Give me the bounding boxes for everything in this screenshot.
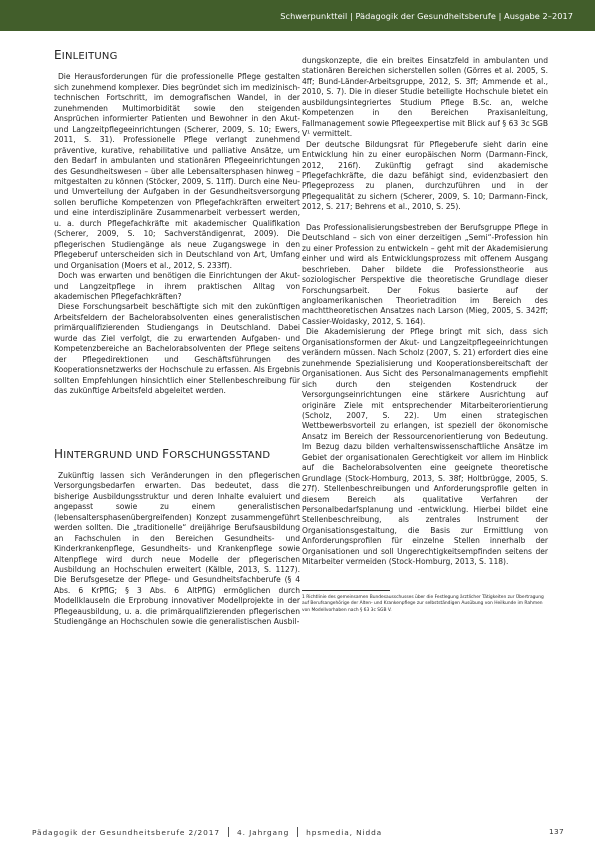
paragraph: Doch was erwarten und benötigen die Einr… <box>54 271 300 302</box>
page-number: 137 <box>549 827 564 836</box>
paragraph: Die Herausforderungen für die profession… <box>54 72 300 271</box>
right-column: dungskonzepte, die ein breites Einsatzfe… <box>302 56 548 614</box>
footer-separator <box>297 827 298 837</box>
paragraph: Diese Forschungsarbeit beschäftigte sich… <box>54 302 300 396</box>
footer-volume: 4. Jahrgang <box>237 828 289 837</box>
running-header-bar: Schwerpunktteil | Pädagogik der Gesundhe… <box>0 0 595 31</box>
running-title: Schwerpunktteil | Pädagogik der Gesundhe… <box>280 11 573 21</box>
footnote-divider <box>302 590 390 591</box>
footer-separator <box>228 827 229 837</box>
section-heading-einleitung: EINLEITUNG <box>54 50 300 62</box>
paragraph: dungskonzepte, die ein breites Einsatzfe… <box>302 56 548 140</box>
footer-publisher: hpsmedia, Nidda <box>306 828 382 837</box>
section-heading-hintergrund: HINTERGRUND UND FORSCHUNGSSTAND <box>54 449 300 461</box>
paragraph: Das Professionalisierungsbestreben der B… <box>302 223 548 328</box>
footnote: 1 Richtlinie des gemeinsamen Bundesaussc… <box>302 595 548 614</box>
left-column: EINLEITUNG Die Herausforderungen für die… <box>54 42 300 628</box>
paragraph: Die Akademisierung der Pflege bringt mit… <box>302 327 548 567</box>
paragraph: Zukünftig lassen sich Veränderungen in d… <box>54 471 300 628</box>
paragraph: Der deutsche Bildungsrat für Pflegeberuf… <box>302 140 548 213</box>
footer-journal: Pädagogik der Gesundheitsberufe 2/2017 <box>32 828 220 837</box>
page-footer: Pädagogik der Gesundheitsberufe 2/20174.… <box>32 827 564 837</box>
